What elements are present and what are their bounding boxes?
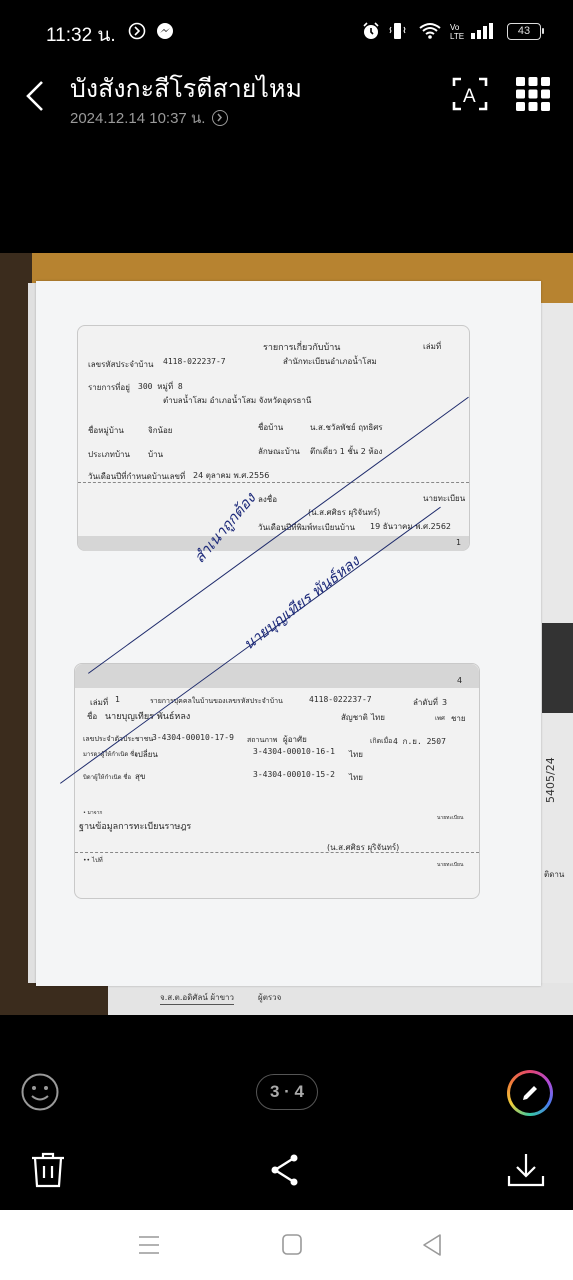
form2-book: 1 (115, 695, 120, 704)
form2-registrar-name: (น.ส.ศศิธร ผุริจันทร์) (327, 841, 399, 854)
download-icon[interactable] (506, 1150, 546, 1190)
form1-date-assigned: 24 ตุลาคม พ.ศ.2556 (193, 469, 269, 482)
form1-house-feature: ตึกเดี่ยว 1 ชั้น 2 ห้อง (310, 445, 382, 458)
person-info-form: 4 เล่มที่ 1 รายการบุคคลในบ้านของเลขรหัสป… (74, 663, 480, 899)
trash-icon[interactable] (28, 1150, 68, 1190)
messenger-icon (156, 22, 174, 40)
form1-house-type: บ้าน (148, 448, 163, 461)
battery-indicator: 43 (507, 23, 541, 40)
header: บังสังกะสีโรตีสายไหม 2024.12.14 10:37 น.… (0, 64, 573, 134)
form2-father-label: บิดาผู้ให้กำเนิด ชื่อ (83, 772, 131, 782)
form2-father: สุข (135, 770, 145, 783)
viewer-toolbar-bottom (0, 1145, 573, 1205)
form2-order: 3 (442, 698, 447, 707)
form2-id: 3-4304-00010-17-9 (152, 733, 234, 742)
form1-village: จิกน้อย (148, 424, 173, 437)
bottom-slip: จ.ส.ต.อดิศัลน์ ผ้าขาว ผู้ตรวจ (108, 983, 573, 1015)
form2-registrar-label: นายทะเบียน (437, 814, 463, 822)
form2-house-code: 4118-022237-7 (309, 695, 372, 704)
svg-text:Vo: Vo (450, 23, 460, 32)
page-counter[interactable]: 3 · 4 (256, 1074, 318, 1110)
form2-mother: เปลี่ยน (135, 748, 158, 761)
edit-button[interactable] (507, 1070, 553, 1116)
form2-name-label: ชื่อ (87, 710, 97, 723)
form2-nationality-label: สัญชาติ (341, 711, 368, 724)
form2-from-label: • มาจาก (83, 809, 102, 817)
volte-icon: VoLTE (450, 22, 464, 40)
form1-house-name: น.ส.ชวัลพัชย์ ฤทธิศร (310, 421, 383, 434)
photo-document[interactable]: 5405/24 ติดาน จ.ส.ต.อดิศัลน์ ผ้าขาว ผู้ต… (0, 253, 573, 1015)
form2-father-id: 3-4304-00010-15-2 (253, 770, 335, 779)
grid-icon[interactable] (516, 77, 550, 111)
album-title: บังสังกะสีโรตีสายไหม (70, 69, 302, 109)
side-text: 5405/24 (544, 757, 557, 803)
form2-from: ฐานข้อมูลการทะเบียนราษฎร (79, 819, 191, 833)
form1-book-label: เล่มที่ (423, 340, 441, 353)
form1-house-feature-label: ลักษณะบ้าน (258, 445, 300, 458)
system-navigation-bar (0, 1210, 573, 1280)
form1-sign-label: ลงชื่อ (258, 493, 277, 506)
viewer-toolbar-top: 3 · 4 (0, 1060, 573, 1120)
clock-arrow-icon (128, 22, 146, 40)
form1-registrar-label: นายทะเบียน (423, 492, 465, 505)
form2-born: 4 ก.ย. 2507 (393, 735, 446, 748)
form1-village-label: ชื่อหมู่บ้าน (88, 424, 124, 437)
slip-name: จ.ส.ต.อดิศัลน์ ผ้าขาว (160, 991, 234, 1005)
back-triangle-icon[interactable] (420, 1232, 446, 1258)
form2-book-label: เล่มที่ (90, 696, 108, 709)
pencil-icon (519, 1082, 541, 1104)
form2-nationality: ไทย (371, 711, 385, 724)
form1-house-name-label: ชื่อบ้าน (258, 421, 283, 434)
alarm-icon (362, 22, 380, 40)
form1-house-type-label: ประเภทบ้าน (88, 448, 130, 461)
form1-registrar-name: (น.ส.ศศิธร ผุริจันทร์) (308, 506, 380, 519)
form1-print-date-label: วันเดือนปีที่พิมพ์ทะเบียนบ้าน (258, 521, 355, 534)
form1-office: สำนักทะเบียนอำเภอน้ำโสม (283, 355, 377, 368)
form1-address-line1: 300 หมู่ที่ 8 (138, 380, 183, 393)
gallery-viewer: 11:32 น. VoLTE 43 บังสังกะสีโรตีสายไหม 2… (0, 0, 573, 1280)
form1-house-code-label: เลขรหัสประจำบ้าน (88, 358, 153, 371)
form2-page-number: 4 (457, 676, 462, 685)
signal-icon (470, 22, 494, 40)
form2-mother-id: 3-4304-00010-16-1 (253, 747, 335, 756)
form2-born-label: เกิดเมื่อ (370, 736, 392, 747)
form2-sex-label: เพศ (435, 713, 445, 723)
text-recognition-icon: A (463, 86, 476, 107)
form1-title: รายการเกี่ยวกับบ้าน (263, 340, 340, 354)
svg-text:LTE: LTE (450, 32, 464, 40)
form2-status-label: สถานภาพ (247, 735, 277, 746)
form2-mother-nationality: ไทย (349, 748, 363, 761)
share-icon[interactable] (266, 1150, 306, 1190)
slip-label: ผู้ตรวจ (258, 991, 281, 1004)
back-button[interactable] (20, 78, 50, 114)
recent-apps-icon[interactable] (136, 1232, 162, 1258)
form2-sex: ชาย (451, 712, 466, 725)
status-time: 11:32 น. (46, 20, 116, 50)
chevron-right-icon (212, 110, 228, 126)
smiley-icon[interactable] (20, 1072, 60, 1112)
form2-moved-label: •• ไปที่ (83, 855, 103, 865)
text-recognition-button[interactable]: A (452, 77, 488, 111)
form1-print-date: 19 ธันวาคม พ.ศ.2562 (370, 520, 451, 533)
form2-father-nationality: ไทย (349, 771, 363, 784)
side-text-2: ติดาน (544, 868, 564, 881)
vibrate-icon (388, 22, 406, 40)
status-bar: 11:32 น. VoLTE 43 (0, 0, 573, 64)
home-icon[interactable] (279, 1232, 305, 1258)
photo-date[interactable]: 2024.12.14 10:37 น. (70, 106, 228, 130)
photo-date-text: 2024.12.14 10:37 น. (70, 110, 205, 127)
form1-date-assigned-label: วันเดือนปีที่กำหนดบ้านเลขที่ (88, 470, 185, 483)
form1-address-line2: ตำบลน้ำโสม อำเภอน้ำโสม จังหวัดอุดรธานี (163, 394, 311, 407)
form2-order-label: ลำดับที่ (413, 696, 438, 709)
wifi-icon (418, 22, 442, 40)
side-pattern (542, 623, 573, 713)
form1-house-code: 4118-022237-7 (163, 357, 226, 366)
form1-address-label: รายการที่อยู่ (88, 381, 130, 394)
side-document: 5405/24 ติดาน (540, 303, 573, 993)
form2-status: ผู้อาศัย (283, 733, 307, 746)
form2-mother-label: มารดาผู้ให้กำเนิด ชื่อ (83, 749, 138, 759)
form2-registrar-label-2: นายทะเบียน (437, 861, 463, 869)
form1-page-number: 1 (456, 538, 461, 547)
